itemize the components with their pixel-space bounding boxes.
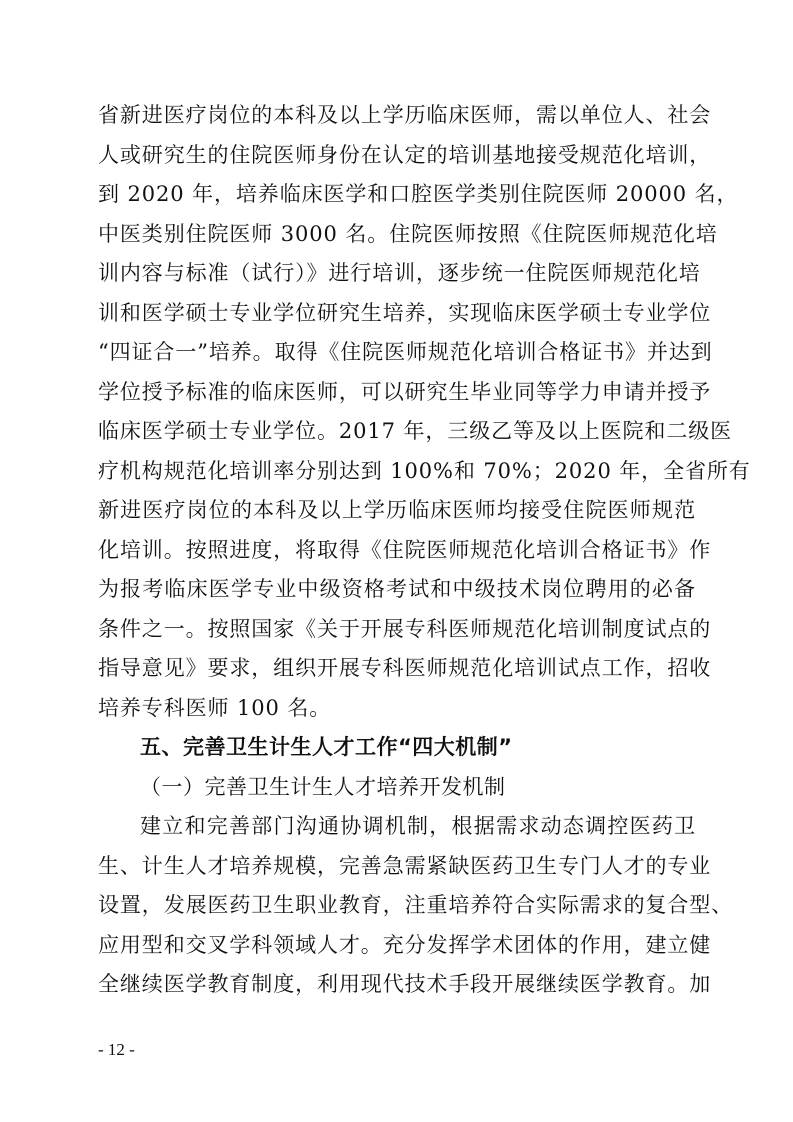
text-line: 学位授予标准的临床医师，可以研究生毕业同等学力申请并授予 <box>98 373 696 413</box>
text-line: 省新进医疗岗位的本科及以上学历临床医师，需以单位人、社会 <box>98 96 696 136</box>
text-line: 疗机构规范化培训率分别达到 100%和 70%；2020 年，全省所有 <box>98 452 696 492</box>
subsection-heading: （一）完善卫生计生人才培养开发机制 <box>98 768 696 808</box>
paragraph-training: 省新进医疗岗位的本科及以上学历临床医师，需以单位人、社会 人或研究生的住院医师身… <box>98 96 696 728</box>
text-line: 训内容与标准（试行）》进行培训，逐步统一住院医师规范化培 <box>98 254 696 294</box>
text-line: 中医类别住院医师 3000 名。住院医师按照《住院医师规范化培 <box>98 215 696 255</box>
text-line: 临床医学硕士专业学位。2017 年，三级乙等及以上医院和二级医 <box>98 412 696 452</box>
text-line: 生、计生人才培养规模，完善急需紧缺医药卫生专门人才的专业 <box>98 847 696 887</box>
text-line: 应用型和交叉学科领域人才。充分发挥学术团体的作用，建立健 <box>98 926 696 966</box>
text-line: 建立和完善部门沟通协调机制，根据需求动态调控医药卫 <box>98 807 696 847</box>
text-line: 指导意见》要求，组织开展专科医师规范化培训试点工作，招收 <box>98 649 696 689</box>
text-line: 训和医学硕士专业学位研究生培养，实现临床医学硕士专业学位 <box>98 294 696 334</box>
page-number: - 12 - <box>98 1040 135 1060</box>
document-page: 省新进医疗岗位的本科及以上学历临床医师，需以单位人、社会 人或研究生的住院医师身… <box>98 96 696 1005</box>
text-line: 设置，发展医药卫生职业教育，注重培养符合实际需求的复合型、 <box>98 886 696 926</box>
text-line: 到 2020 年，培养临床医学和口腔医学类别住院医师 20000 名， <box>98 175 696 215</box>
text-line: 化培训。按照进度，将取得《住院医师规范化培训合格证书》作 <box>98 531 696 571</box>
section-heading: 五、完善卫生计生人才工作“四大机制” <box>98 728 696 768</box>
paragraph-mechanism: 建立和完善部门沟通协调机制，根据需求动态调控医药卫 生、计生人才培养规模，完善急… <box>98 807 696 1005</box>
text-line: 新进医疗岗位的本科及以上学历临床医师均接受住院医师规范 <box>98 491 696 531</box>
text-line: “四证合一”培养。取得《住院医师规范化培训合格证书》并达到 <box>98 333 696 373</box>
text-line: 全继续医学教育制度，利用现代技术手段开展继续医学教育。加 <box>98 965 696 1005</box>
text-line: 条件之一。按照国家《关于开展专科医师规范化培训制度试点的 <box>98 610 696 650</box>
text-line: 人或研究生的住院医师身份在认定的培训基地接受规范化培训， <box>98 136 696 176</box>
text-line: 为报考临床医学专业中级资格考试和中级技术岗位聘用的必备 <box>98 570 696 610</box>
text-line: 培养专科医师 100 名。 <box>98 689 696 729</box>
